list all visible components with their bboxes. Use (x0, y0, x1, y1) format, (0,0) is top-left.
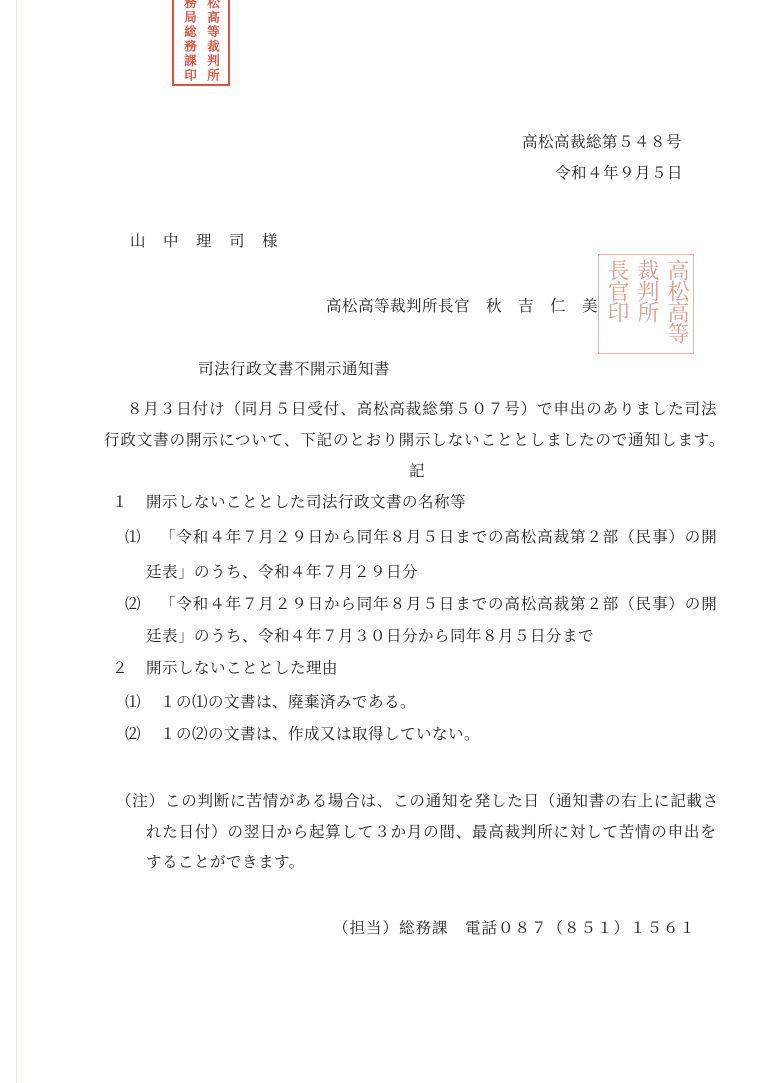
section2-item1-text: １の⑴の文書は、廃棄済みである。 (160, 692, 416, 712)
section2-item1-label: ⑴ (125, 692, 141, 712)
seal-col-2: 裁判所 (633, 259, 659, 349)
document-date: 令和４年９月５日 (555, 163, 683, 183)
document-title: 司法行政文書不開示通知書 (198, 359, 390, 379)
section2-number: ２ (112, 658, 128, 678)
sender: 高松高等裁判所長官 秋 吉 仁 美 (326, 296, 598, 316)
section1-number: １ (112, 492, 128, 512)
section1-heading: 開示しないこととした司法行政文書の名称等 (146, 492, 466, 512)
contact-info: （担当）総務課 電話０８７（８５１）１５６１ (333, 918, 696, 938)
office-stamp-col-1: 松高等裁判所 (206, 0, 220, 84)
office-stamp: 松高等裁判所 務局総務課印 (172, 0, 230, 86)
official-seal: 高松高等 裁判所 長官印 (598, 254, 694, 354)
body-line-2: 行政文書の開示について、下記のとおり開示しないこととしましたので通知します。 (104, 430, 725, 450)
section1-item1-line2: 廷表」のうち、令和４年７月２９日分 (146, 562, 418, 582)
body-line-1: ８月３日付け（同月５日受付、高松高裁総第５０７号）で申出のありました司法 (127, 399, 717, 419)
seal-col-1: 高松高等 (663, 259, 689, 349)
section1-item2-line1: 「令和４年７月２９日から同年８月５日までの高松高裁第２部（民事）の開 (160, 594, 718, 614)
section1-item1-line1: 「令和４年７月２９日から同年８月５日までの高松高裁第２部（民事）の開 (160, 527, 718, 547)
seal-col-3: 長官印 (603, 259, 629, 349)
section1-item1-label: ⑴ (125, 527, 141, 547)
section1-item2-line2: 廷表」のうち、令和４年７月３０日分から同年８月５日分まで (146, 626, 594, 646)
section2-item2-label: ⑵ (125, 724, 141, 744)
reference-number: 高松高裁総第５４８号 (522, 132, 682, 152)
recipient: 山 中 理 司 様 (130, 231, 279, 251)
note-line-3: することができます。 (146, 852, 305, 872)
section2-item2-text: １の⑵の文書は、作成又は取得していない。 (160, 724, 480, 744)
section1-item2-label: ⑵ (125, 594, 141, 614)
note-line-2: れた日付）の翌日から起算して３か月の間、最高裁判所に対して苦情の申出を (146, 822, 717, 842)
page-edge-line (16, 0, 17, 1083)
office-stamp-col-2: 務局総務課印 (183, 0, 197, 84)
ki-heading: 記 (409, 461, 425, 481)
note-line-1: （注）この判断に苦情がある場合は、この通知を発した日（通知書の右上に記載さ (116, 791, 719, 811)
section2-heading: 開示しないこととした理由 (146, 658, 338, 678)
